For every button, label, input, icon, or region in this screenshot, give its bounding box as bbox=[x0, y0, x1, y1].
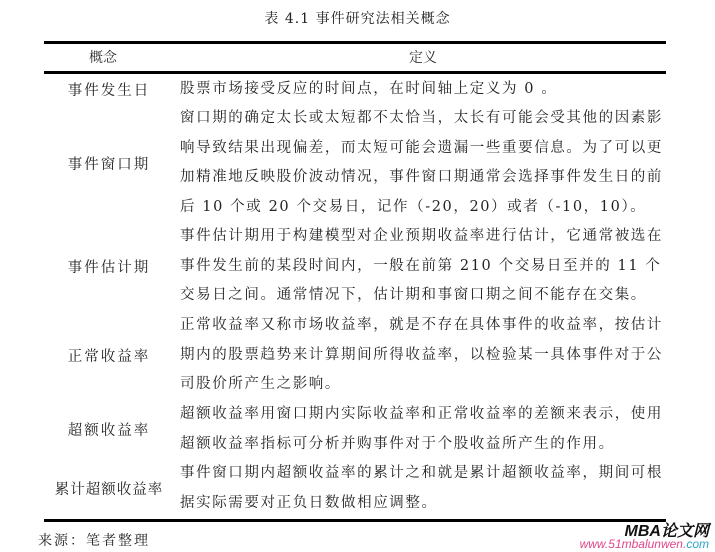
row-definition: 事件窗口期内超额收益率的累计之和就是累计超额收益率，期间可根据实际需要对正负日数… bbox=[180, 459, 666, 518]
row-definition: 股票市场接受反应的时间点，在时间轴上定义为 0 。 bbox=[180, 75, 666, 105]
row-term: 事件估计期 bbox=[44, 222, 174, 311]
row-term: 事件发生日 bbox=[44, 75, 174, 104]
watermark-url-domain: www.51mbalunwen. bbox=[580, 537, 687, 551]
watermark-url: www.51mbalunwen.com bbox=[580, 537, 709, 551]
table-row: 累计超额收益率 事件窗口期内超额收益率的累计之和就是累计超额收益率，期间可根据实… bbox=[44, 459, 666, 518]
row-term: 累计超额收益率 bbox=[44, 459, 174, 518]
table-row: 超额收益率 超额收益率用窗口期内实际收益率和正常收益率的差额来表示，使用超额收益… bbox=[44, 400, 666, 459]
row-definition: 事件估计期用于构建模型对企业预期收益率进行估计，它通常被选在事件发生前的某段时间… bbox=[180, 222, 666, 311]
column-header-definition: 定义 bbox=[180, 46, 666, 70]
table-row: 正常收益率 正常收益率又称市场收益率，就是不存在具体事件的收益率，按估计期内的股… bbox=[44, 311, 666, 400]
row-term: 事件窗口期 bbox=[44, 104, 174, 222]
table-bottom-rule bbox=[44, 519, 666, 522]
row-definition: 窗口期的确定太长或太短都不太恰当，太长有可能会受其他的因素影响导致结果出现偏差，… bbox=[180, 104, 666, 222]
row-definition: 正常收益率又称市场收益率，就是不存在具体事件的收益率，按估计期内的股票趋势来计算… bbox=[180, 311, 666, 400]
table-caption: 表 4.1 事件研究法相关概念 bbox=[0, 8, 715, 28]
row-term: 正常收益率 bbox=[44, 311, 174, 400]
table-row: 事件发生日 股票市场接受反应的时间点，在时间轴上定义为 0 。 bbox=[44, 75, 666, 104]
row-definition: 超额收益率用窗口期内实际收益率和正常收益率的差额来表示，使用超额收益率指标可分析… bbox=[180, 400, 666, 459]
column-header-concept: 概念 bbox=[44, 46, 162, 70]
table-row: 事件估计期 事件估计期用于构建模型对企业预期收益率进行估计，它通常被选在事件发生… bbox=[44, 222, 666, 311]
table-header-rule bbox=[44, 71, 666, 74]
table-top-rule bbox=[44, 41, 666, 44]
watermark-url-tld: com bbox=[686, 537, 709, 551]
row-term: 超额收益率 bbox=[44, 400, 174, 459]
source-note: 来源：笔者整理 bbox=[38, 530, 150, 550]
table-row: 事件窗口期 窗口期的确定太长或太短都不太恰当，太长有可能会受其他的因素影响导致结… bbox=[44, 104, 666, 222]
